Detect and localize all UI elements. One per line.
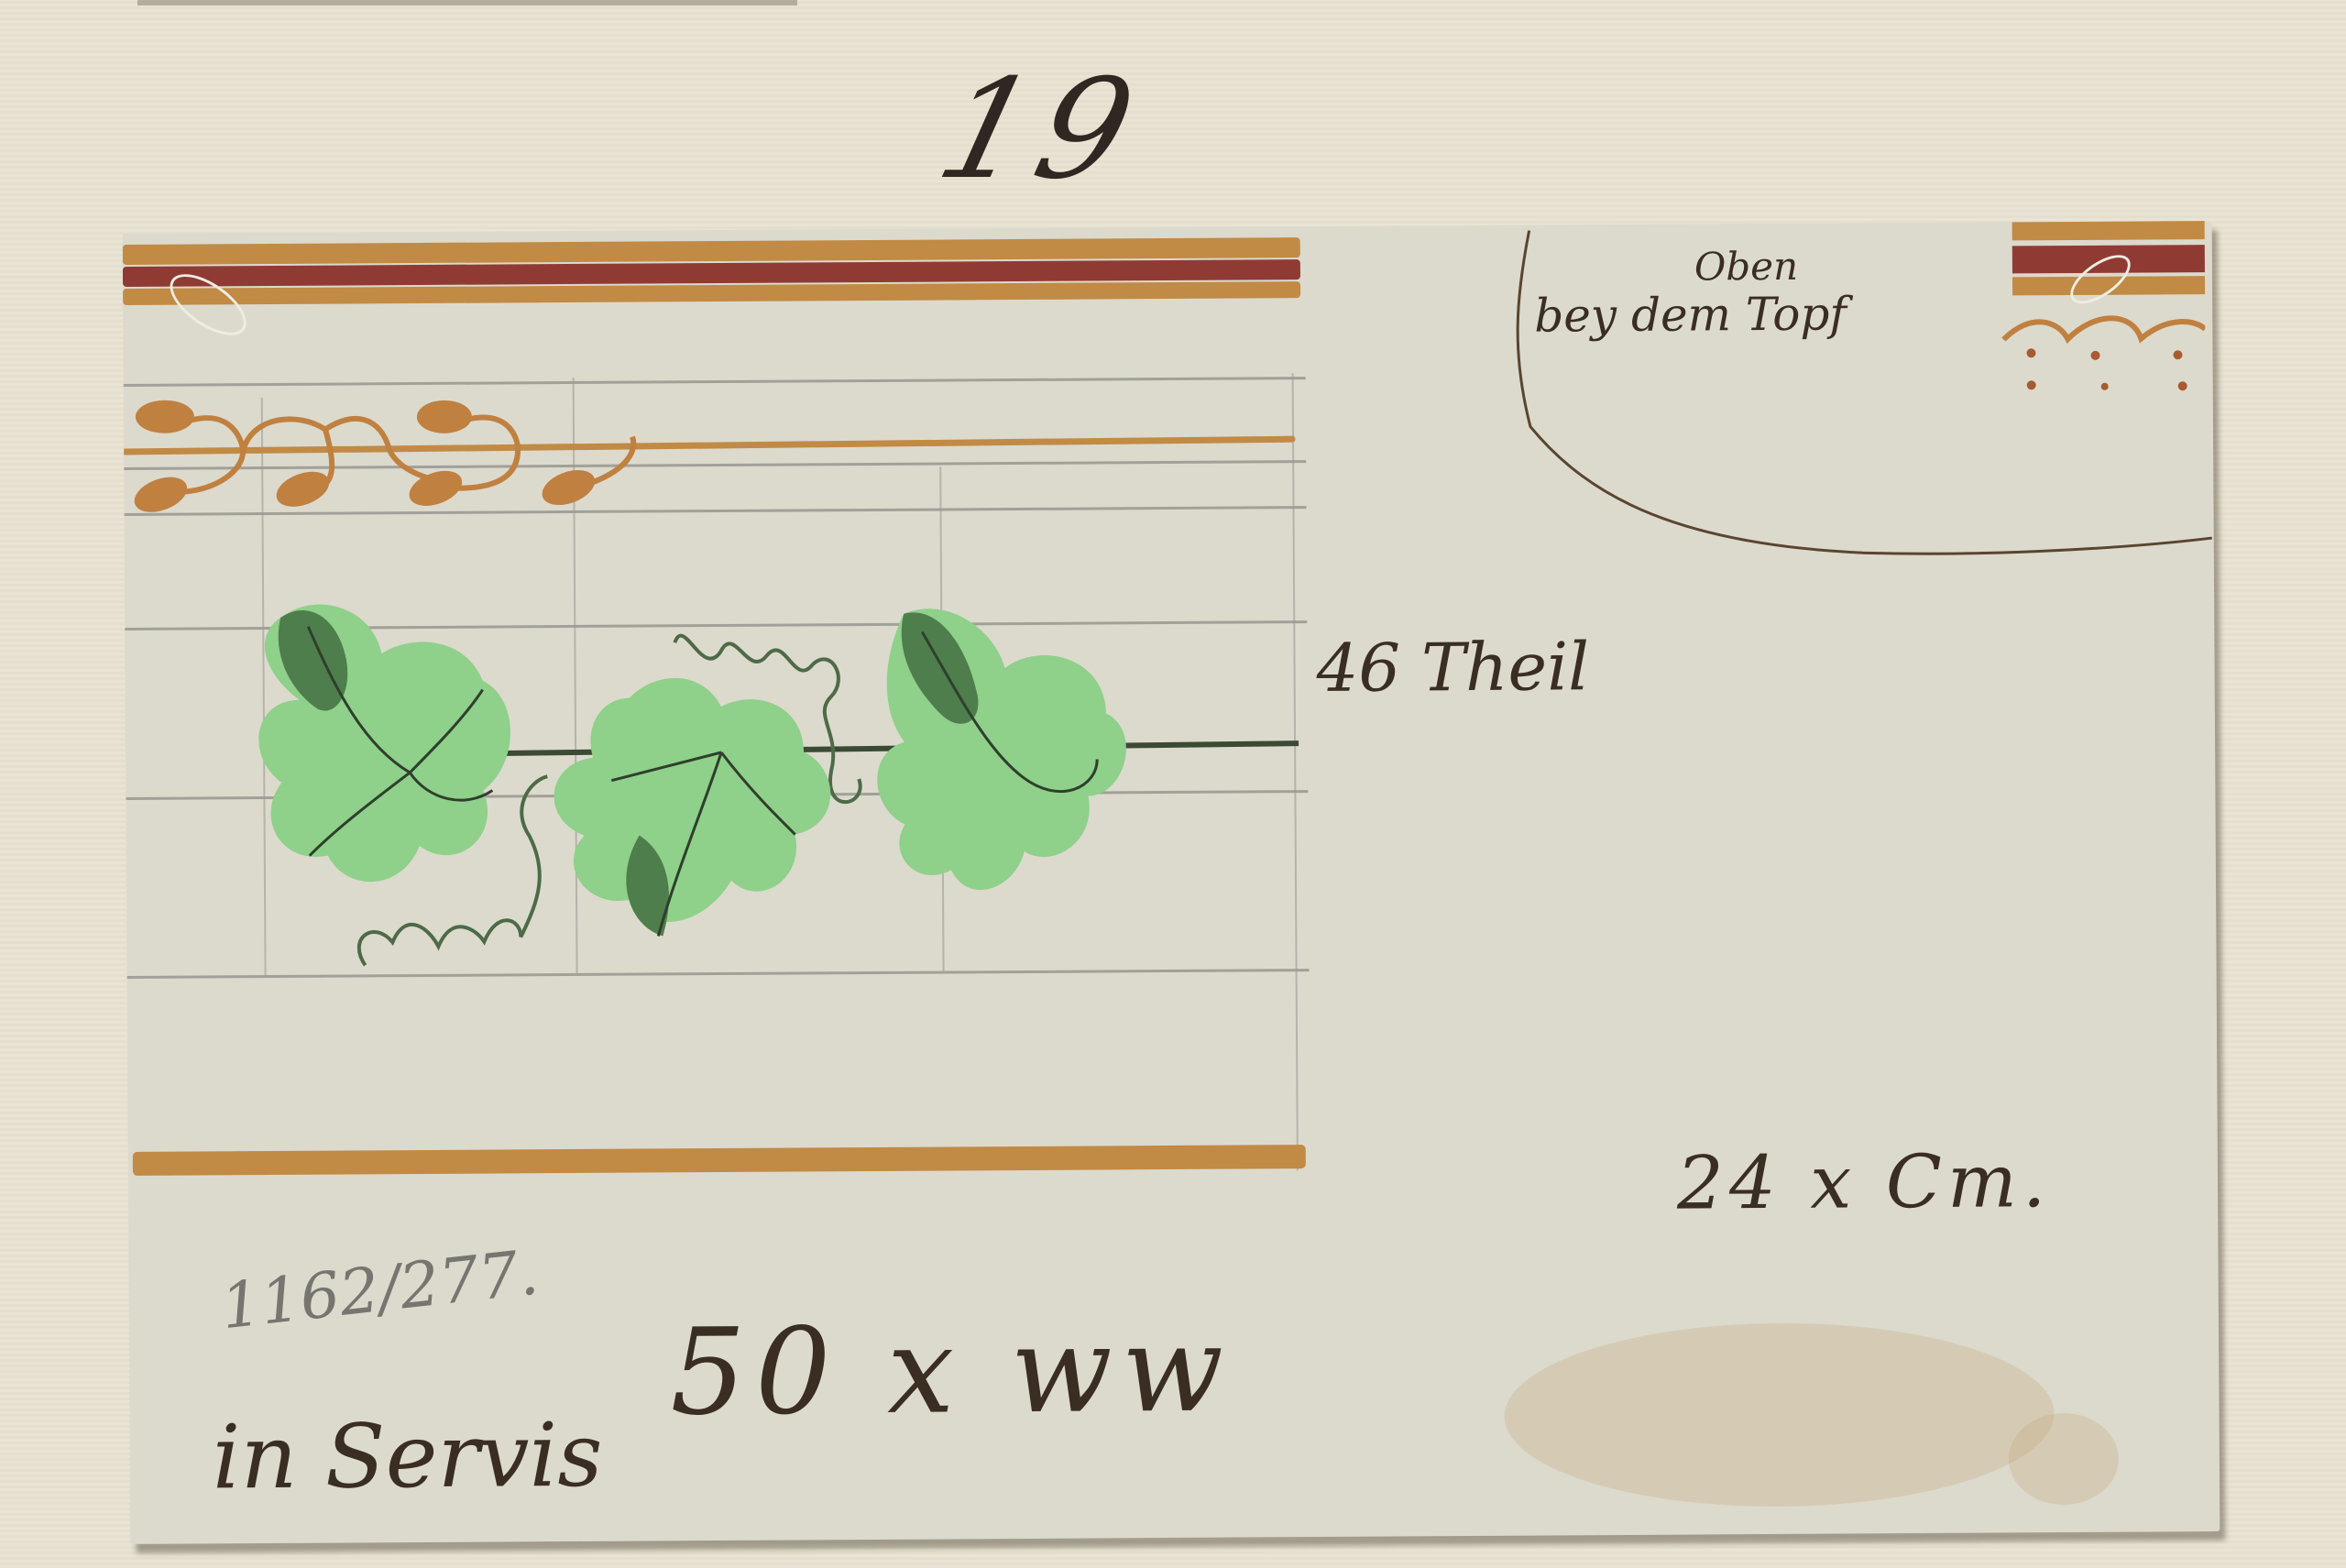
paper-stain — [1504, 1321, 2055, 1508]
annotation-part-count: 46 Theil — [1316, 628, 1589, 707]
pot-outline-sketch — [123, 221, 2216, 802]
page-number: 19 — [924, 50, 1157, 210]
previous-card-edge — [137, 0, 797, 5]
inventory-number: 1162/277. — [217, 1236, 542, 1343]
annotation-size: 24 x Cm. — [1677, 1138, 2052, 1225]
archive-sheet: 19 — [0, 0, 2346, 1568]
annotation-oben: Oben — [1694, 244, 1799, 290]
corner-ochre-band — [2012, 221, 2205, 240]
corner-scallop-ornament — [1994, 302, 2206, 394]
paper-stain — [2009, 1413, 2120, 1506]
bottom-ochre-band — [133, 1145, 1306, 1176]
annotation-bey-dem-topf: bey dem Topf — [1534, 287, 1847, 342]
pattern-card: Oben bey dem Topf 46 Theil 24 x Cm. 1162… — [123, 221, 2220, 1544]
annotation-measure: 50 x ww — [670, 1299, 1233, 1442]
annotation-in-servis: in Servis — [212, 1404, 602, 1509]
corner-border-swatch — [2012, 221, 2206, 412]
